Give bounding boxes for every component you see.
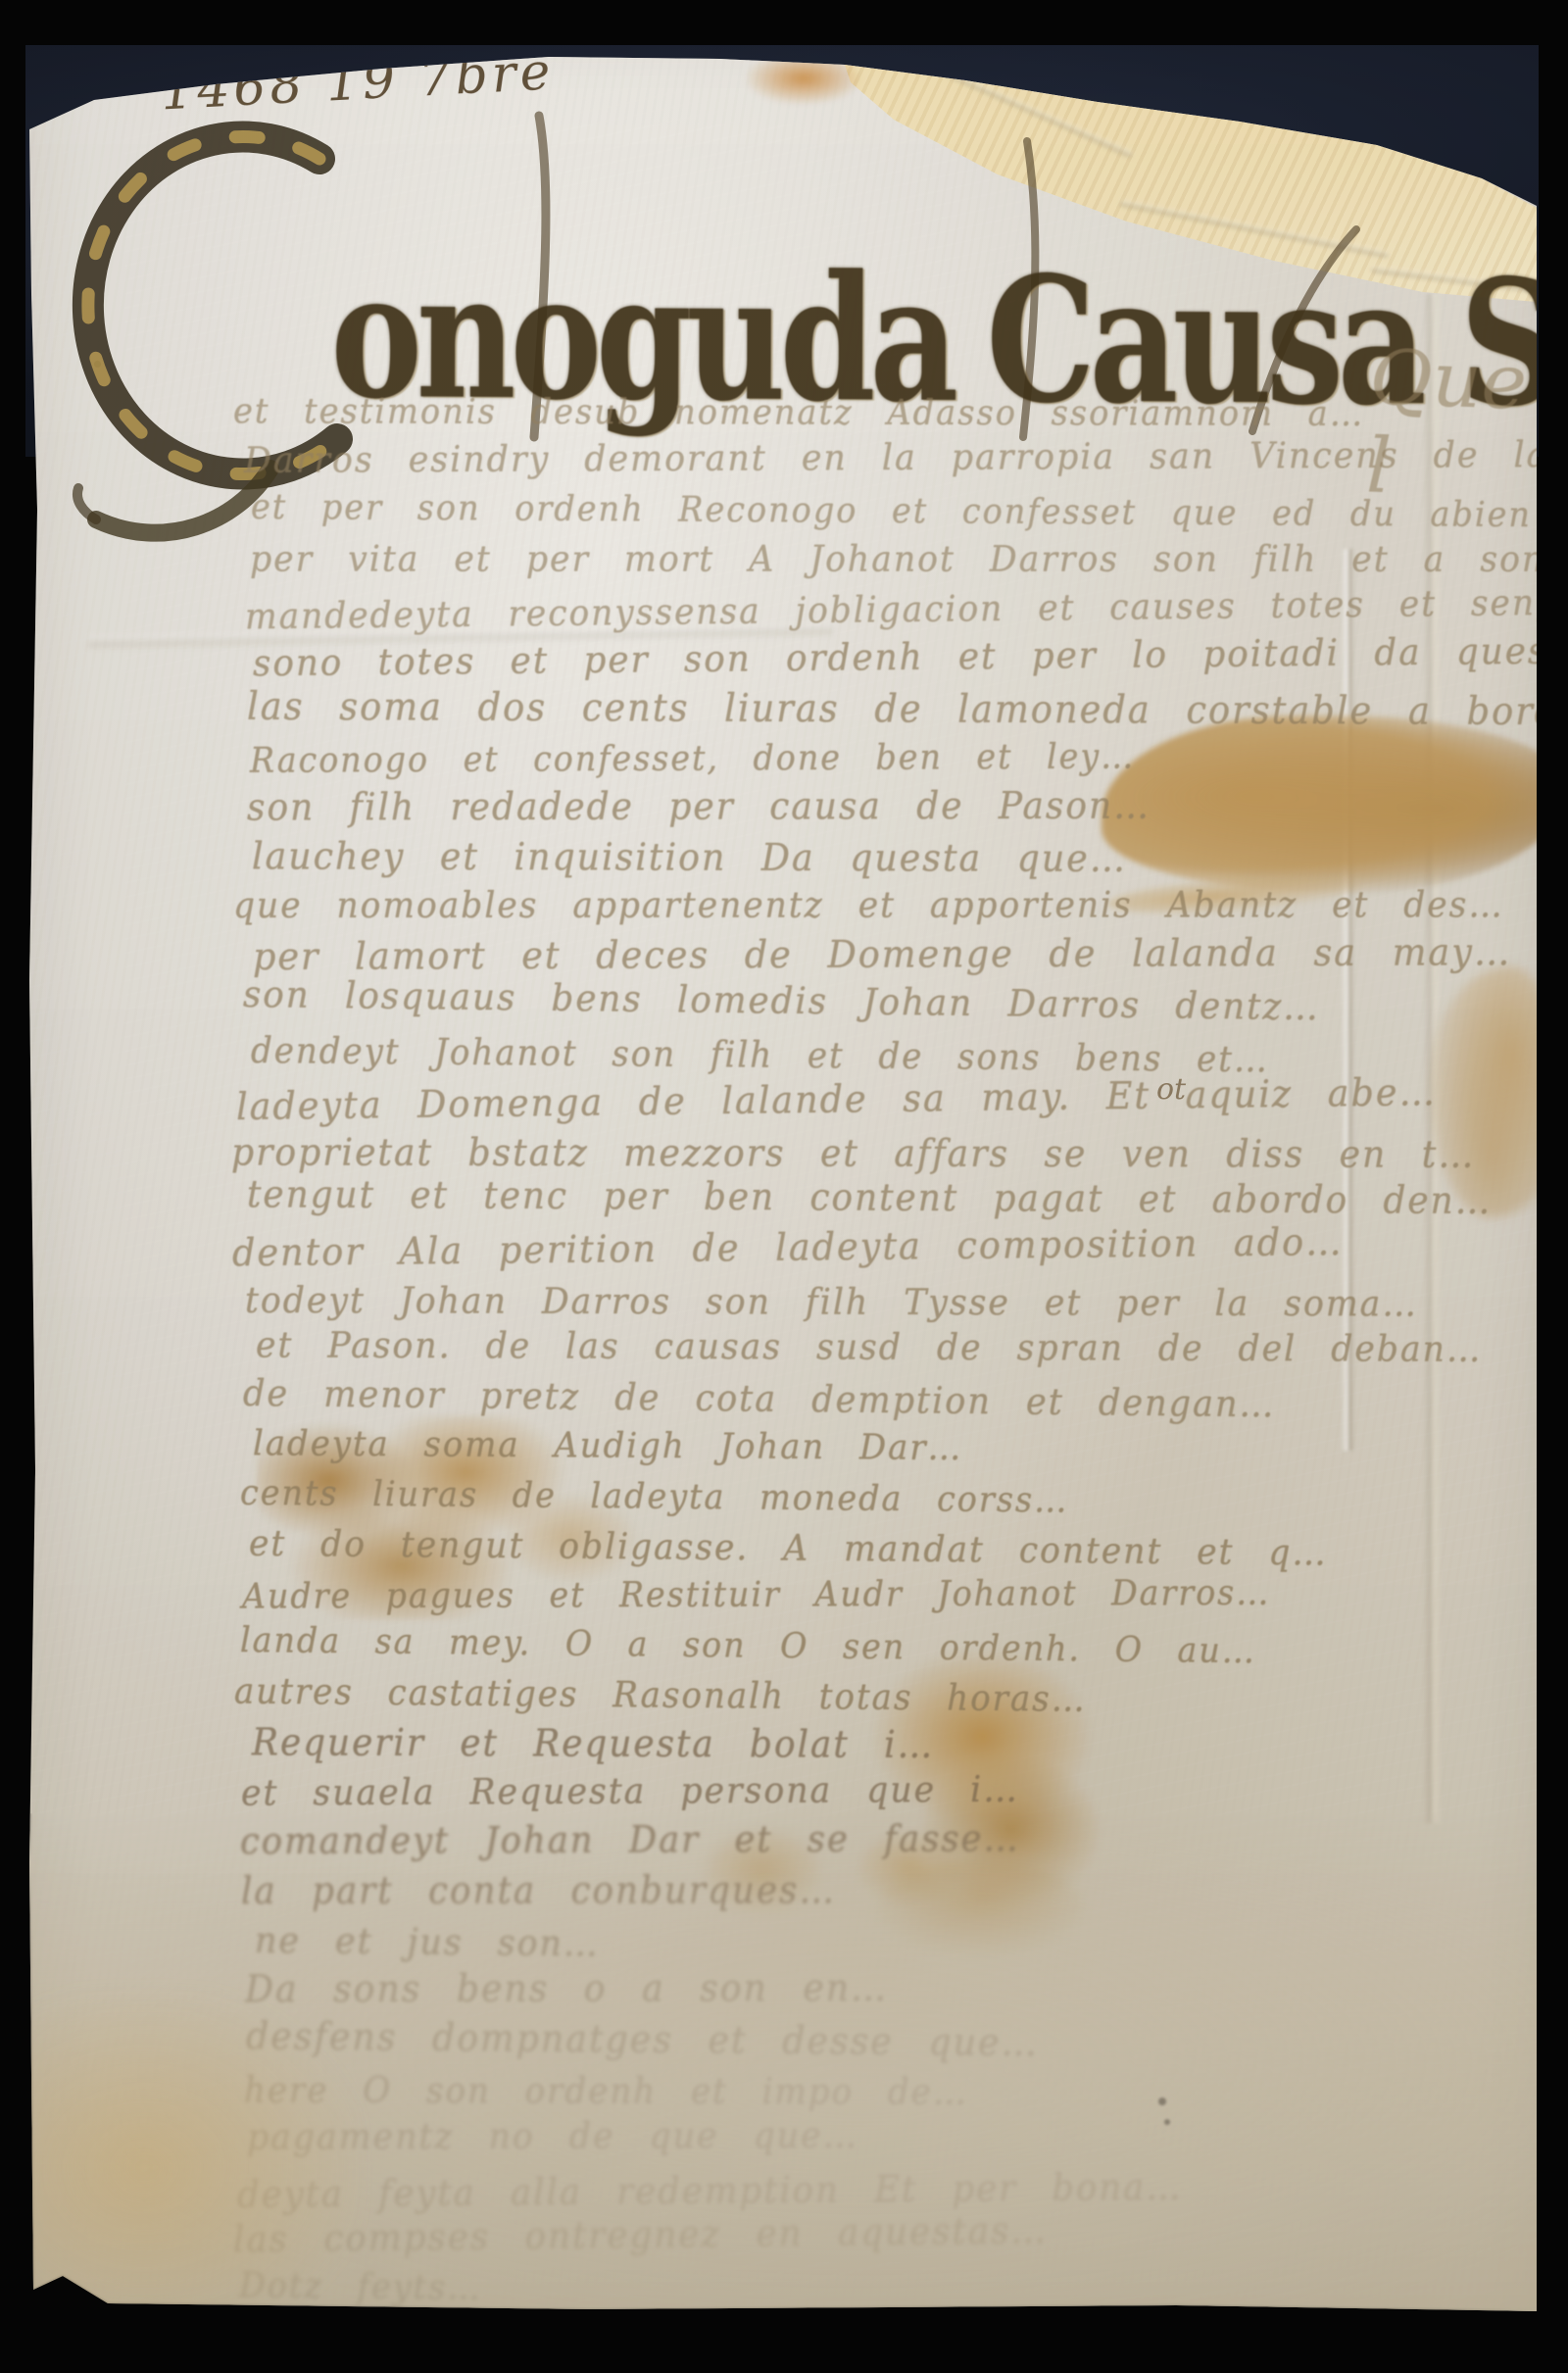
- manuscript-line: landa sa mey. O a son O sen ordenh. O au…: [239, 1616, 1256, 1675]
- manuscript-line: et Pason. de las causas susd de spran de…: [256, 1321, 1483, 1373]
- manuscript-line: todeyt Johan Darros son filh Tysse et pe…: [245, 1277, 1418, 1328]
- manuscript-line: cents liuras de ladeyta moneda corss…: [240, 1469, 1069, 1525]
- manuscript-line: et per son ordenh Reconogo et confesset …: [251, 482, 1568, 539]
- manuscript-line: per vita et per mort A Johanot Darros so…: [250, 535, 1568, 583]
- manuscript-photo: 1468 19 7bre C onog: [0, 0, 1568, 2373]
- manuscript-line: proprietat bstatz mezzors et affars se v…: [231, 1128, 1476, 1178]
- manuscript-line: ladeyta soma Audigh Johan Dar…: [253, 1419, 963, 1471]
- manuscript-line: desfens dompnatges et desse que…: [246, 2013, 1039, 2068]
- manuscript-line: autres castatiges Rasonalh totas horas…: [233, 1667, 1086, 1723]
- manuscript-line: comandeyt Johan Dar et se fasse…: [239, 1815, 1019, 1866]
- ink-layer: 1468 19 7bre C onog: [0, 0, 1568, 2373]
- manuscript-line: las compses ontregnez en aquestas…: [233, 2207, 1048, 2264]
- manuscript-line: et testimonis desub nomenatz Adasso ssor…: [233, 387, 1364, 438]
- manuscript-line: Audre pagues et Restituir Audr Johanot D…: [242, 1569, 1271, 1621]
- manuscript-line: ladeyta Domenga de lalande sa may. Et aq…: [236, 1068, 1437, 1131]
- manuscript-line: here O son ordenh et impo de…: [244, 2067, 968, 2117]
- manuscript-line: dentor Ala perition de ladeyta compositi…: [232, 1218, 1344, 1277]
- manuscript-line: et suaela Requesta persona que i…: [241, 1765, 1019, 1817]
- manuscript-line: que nomoables appartenentz et apportenis…: [233, 882, 1504, 930]
- manuscript-line: Darros esindry demorant en la parropia s…: [243, 430, 1568, 484]
- manuscript-line: Da sons bens o a son en…: [245, 1964, 888, 2013]
- parchment-sheet: 1468 19 7bre C onog: [0, 0, 1568, 2373]
- manuscript-line: son filh redadede per causa de Pason…: [246, 783, 1150, 833]
- manuscript-line: las soma dos cents liuras de lamoneda co…: [247, 683, 1568, 736]
- manuscript-line: lauchey et inquisition Da questa que…: [252, 833, 1127, 883]
- manuscript-line: pagamentz no de que que…: [247, 2112, 858, 2162]
- manuscript-line: Dotz feyts…: [239, 2261, 482, 2311]
- manuscript-line: ne et jus son…: [255, 1917, 600, 1968]
- manuscript-line: Requerir et Requesta bolat i…: [252, 1719, 935, 1769]
- manuscript-line: la part conta conburques…: [241, 1867, 836, 1915]
- manuscript-line: Raconogo et confesset, done ben et ley…: [250, 733, 1136, 785]
- manuscript-line: son losquaus bens lomedis Johan Darros d…: [243, 971, 1320, 1032]
